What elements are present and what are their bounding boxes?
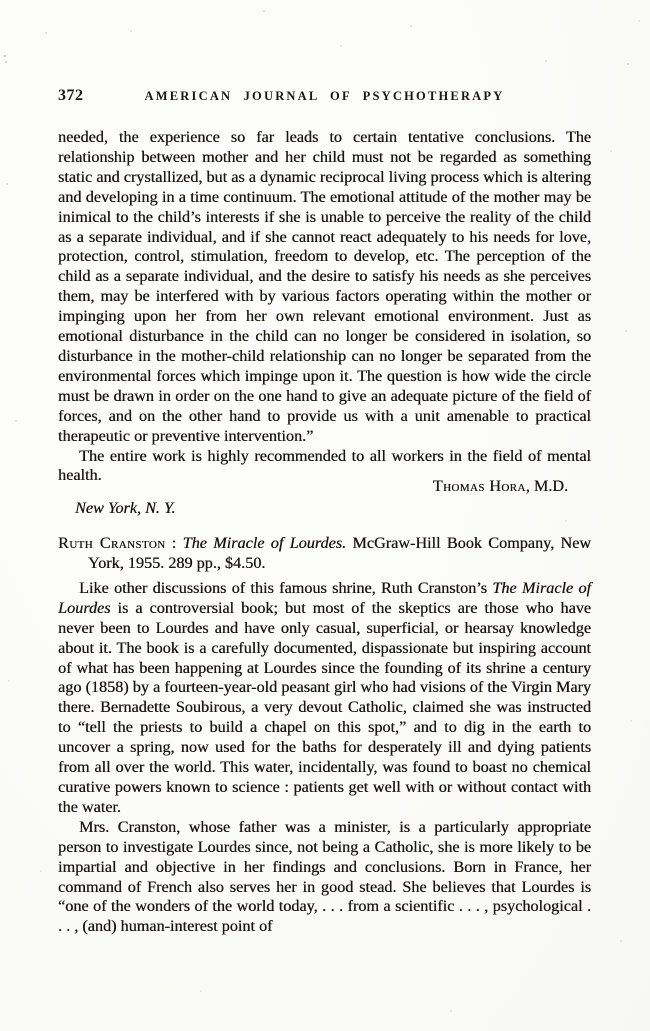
page-number: 372 bbox=[58, 87, 84, 105]
book-author: Ruth Cranston bbox=[58, 534, 165, 552]
reviewer-degree: , M.D. bbox=[526, 477, 568, 495]
running-head: 372 AMERICAN JOURNAL OF PSYCHOTHERAPY bbox=[58, 88, 591, 104]
quote-continuation-paragraph: needed, the experience so far leads to c… bbox=[58, 128, 591, 447]
reviewer-location: New York, N. Y. bbox=[58, 499, 591, 519]
reviewer-signature: Thomas Hora, M.D. bbox=[58, 477, 591, 497]
review-paragraph-2: Mrs. Cranston, whose father was a minist… bbox=[58, 818, 591, 937]
review-paragraph-1: Like other discussions of this famous sh… bbox=[58, 579, 591, 818]
book-title: The Miracle of Lourdes. bbox=[183, 534, 347, 552]
book-citation: Ruth Cranston : The Miracle of Lourdes. … bbox=[58, 534, 591, 574]
text-column: 372 AMERICAN JOURNAL OF PSYCHOTHERAPY ne… bbox=[58, 88, 591, 937]
journal-title: AMERICAN JOURNAL OF PSYCHOTHERAPY bbox=[58, 88, 591, 104]
paragraph-text-lead: Like other discussions of this famous sh… bbox=[79, 579, 492, 597]
journal-page-scan: 372 AMERICAN JOURNAL OF PSYCHOTHERAPY ne… bbox=[0, 0, 650, 1031]
paragraph-text-rest: is a controversial book; but most of the… bbox=[58, 599, 591, 816]
citation-colon: : bbox=[165, 534, 182, 552]
reviewer-name: Thomas Hora bbox=[433, 477, 526, 495]
page-body: needed, the experience so far leads to c… bbox=[58, 128, 591, 937]
